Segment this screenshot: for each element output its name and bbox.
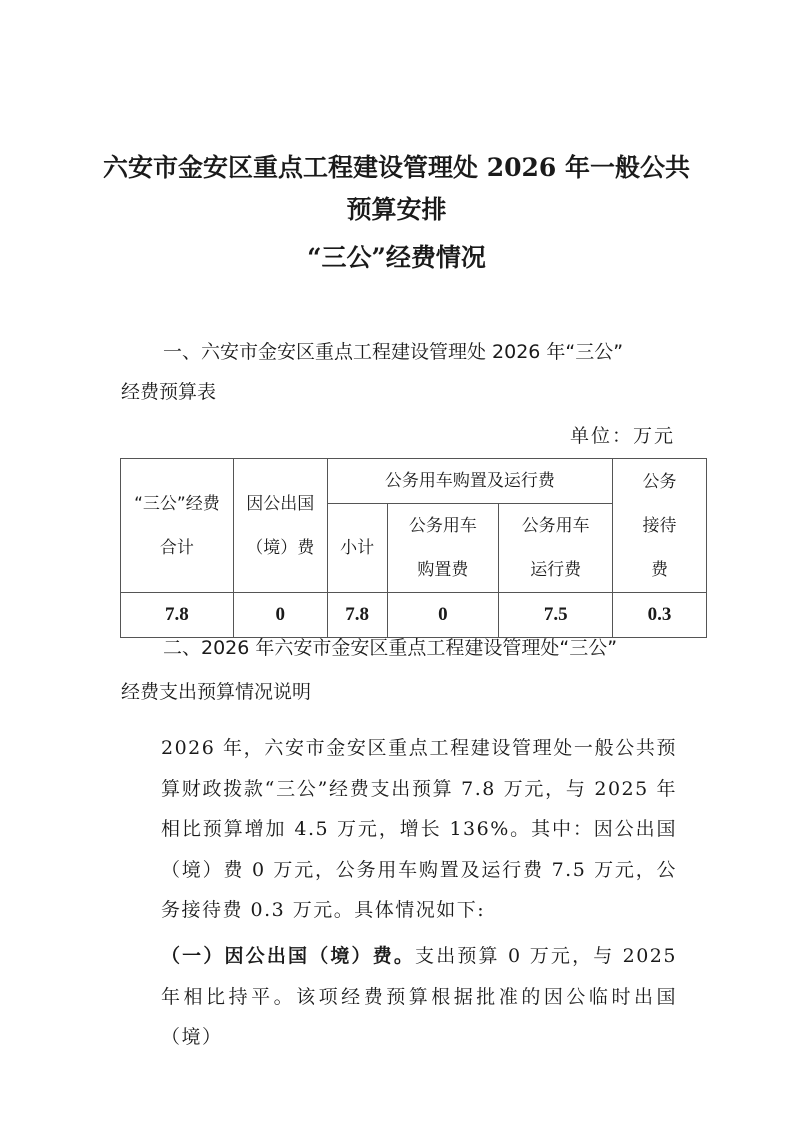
- header-vehicle-operation: 公务用车运行费: [499, 504, 613, 593]
- header-subtotal: 小计: [327, 504, 387, 593]
- header-total: “三公”经费合计: [121, 459, 234, 593]
- header-vehicle-group: 公务用车购置及运行费: [327, 459, 612, 504]
- section2-heading-line1: 二、2026 年六安市金安区重点工程建设管理处“三公”: [121, 628, 681, 668]
- section2-heading: 二、2026 年六安市金安区重点工程建设管理处“三公” 经费支出预算情况说明: [121, 628, 681, 712]
- section1-heading-line1: 一、六安市金安区重点工程建设管理处 2026 年“三公”: [121, 332, 681, 372]
- header-abroad: 因公出国（境）费: [233, 459, 327, 593]
- summary-paragraph: 2026 年，六安市金安区重点工程建设管理处一般公共预算财政拨款“三公”经费支出…: [121, 728, 677, 931]
- item1-title: （一）因公出国（境）费。: [161, 945, 415, 967]
- title-line-1: 六安市金安区重点工程建设管理处 2026 年一般公共: [0, 148, 793, 184]
- header-reception: 公务接待费: [613, 459, 707, 593]
- section1-heading-line2: 经费预算表: [121, 372, 681, 412]
- section1-heading: 一、六安市金安区重点工程建设管理处 2026 年“三公” 经费预算表: [121, 332, 681, 412]
- section2-heading-line2: 经费支出预算情况说明: [121, 672, 681, 712]
- item1-paragraph: （一）因公出国（境）费。支出预算 0 万元，与 2025 年相比持平。该项经费预…: [121, 936, 677, 1058]
- summary-text: 2026 年，六安市金安区重点工程建设管理处一般公共预算财政拨款“三公”经费支出…: [121, 728, 677, 931]
- title-line-2: 预算安排: [0, 190, 793, 226]
- unit-label: 单位：万元: [570, 421, 675, 448]
- item1-text-wrap: （一）因公出国（境）费。支出预算 0 万元，与 2025 年相比持平。该项经费预…: [121, 936, 677, 1058]
- title-line-3: “三公”经费情况: [0, 238, 793, 274]
- header-vehicle-purchase: 公务用车购置费: [387, 504, 499, 593]
- budget-table: “三公”经费合计 因公出国（境）费 公务用车购置及运行费 公务接待费 小计 公务…: [120, 458, 707, 638]
